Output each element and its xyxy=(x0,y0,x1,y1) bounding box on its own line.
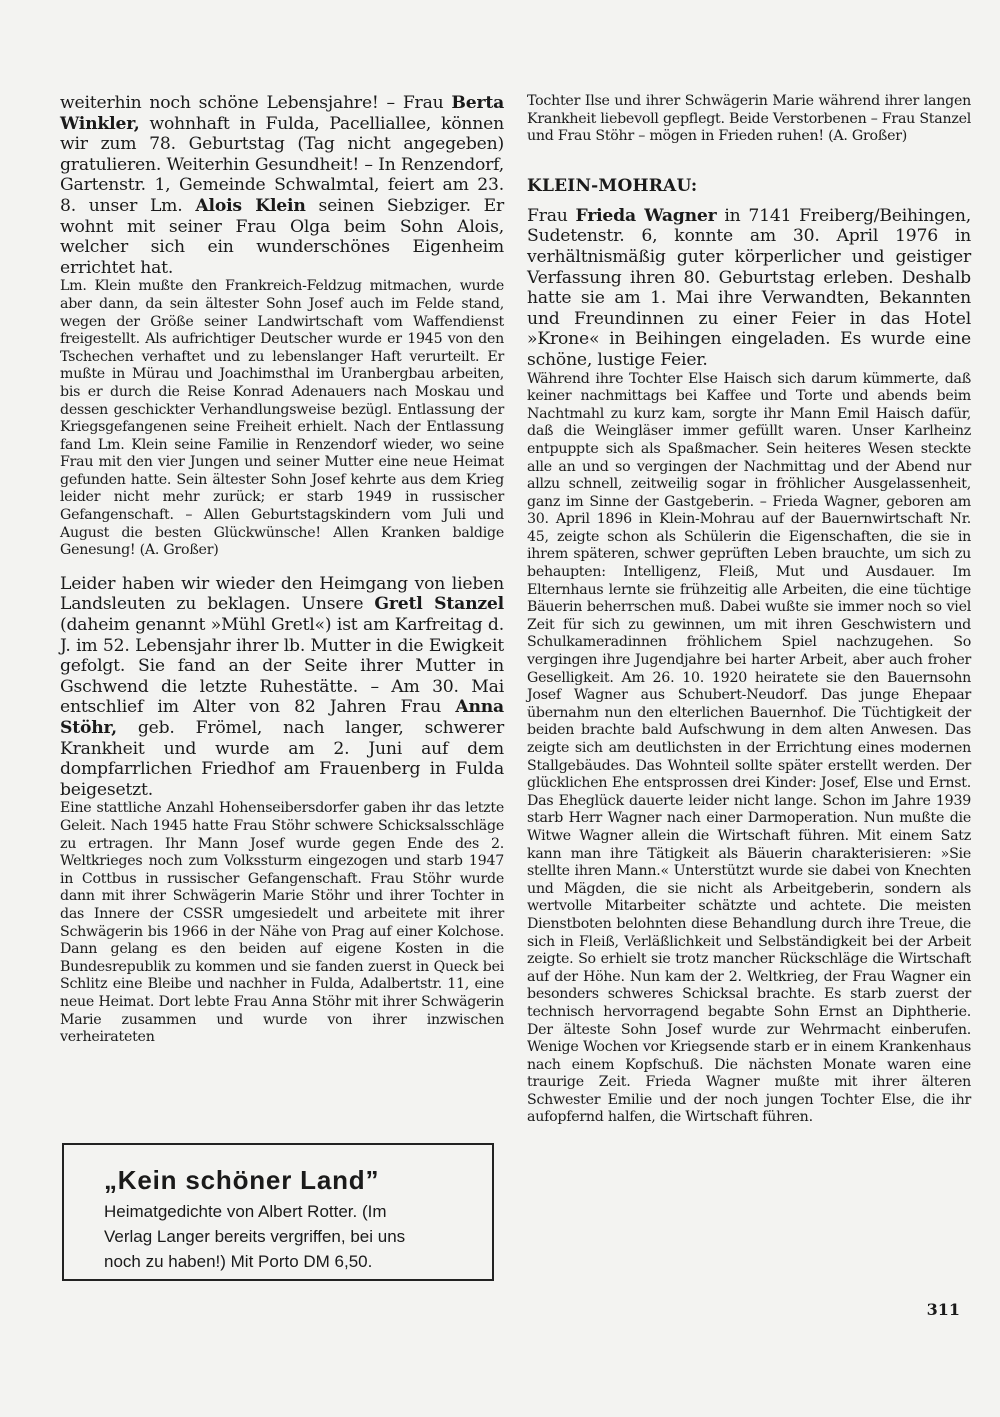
paragraph-wagner-birthday: Frau Frieda Wagner in 7141 Freiberg/Beih… xyxy=(527,206,971,371)
paragraph-klein-biography: Lm. Klein mußte den Frankreich-Feldzug m… xyxy=(60,278,504,560)
advertisement-title: „Kein schöner Land” xyxy=(104,1165,492,1195)
paragraph-obituary-continued: Tochter Ilse und ihrer Schwägerin Marie … xyxy=(527,93,971,146)
paragraph-obituaries: Leider haben wir wieder den Heimgang von… xyxy=(60,574,504,801)
left-column: weiterhin noch schöne Lebensjahre! – Fra… xyxy=(60,93,504,1047)
advertisement-line-2: Verlag Langer bereits vergriffen, bei un… xyxy=(104,1224,492,1249)
spacer xyxy=(60,560,504,574)
right-column: Tochter Ilse und ihrer Schwägerin Marie … xyxy=(527,93,971,1127)
advertisement-box: „Kein schöner Land” Heimatgedichte von A… xyxy=(62,1143,494,1281)
page-number: 311 xyxy=(927,1300,960,1319)
advertisement-line-3: noch zu haben!) Mit Porto DM 6,50. xyxy=(104,1249,492,1274)
paragraph-wagner-biography: Während ihre Tochter Else Haisch sich da… xyxy=(527,371,971,1128)
paragraph-stoehr-biography: Eine stattliche Anzahl Hohenseibersdorfe… xyxy=(60,800,504,1046)
paragraph-winkler-klein: weiterhin noch schöne Lebensjahre! – Fra… xyxy=(60,93,504,278)
advertisement-line-1: Heimatgedichte von Albert Rotter. (Im xyxy=(104,1199,492,1224)
section-heading-klein-mohrau: KLEIN-MOHRAU: xyxy=(527,176,971,196)
